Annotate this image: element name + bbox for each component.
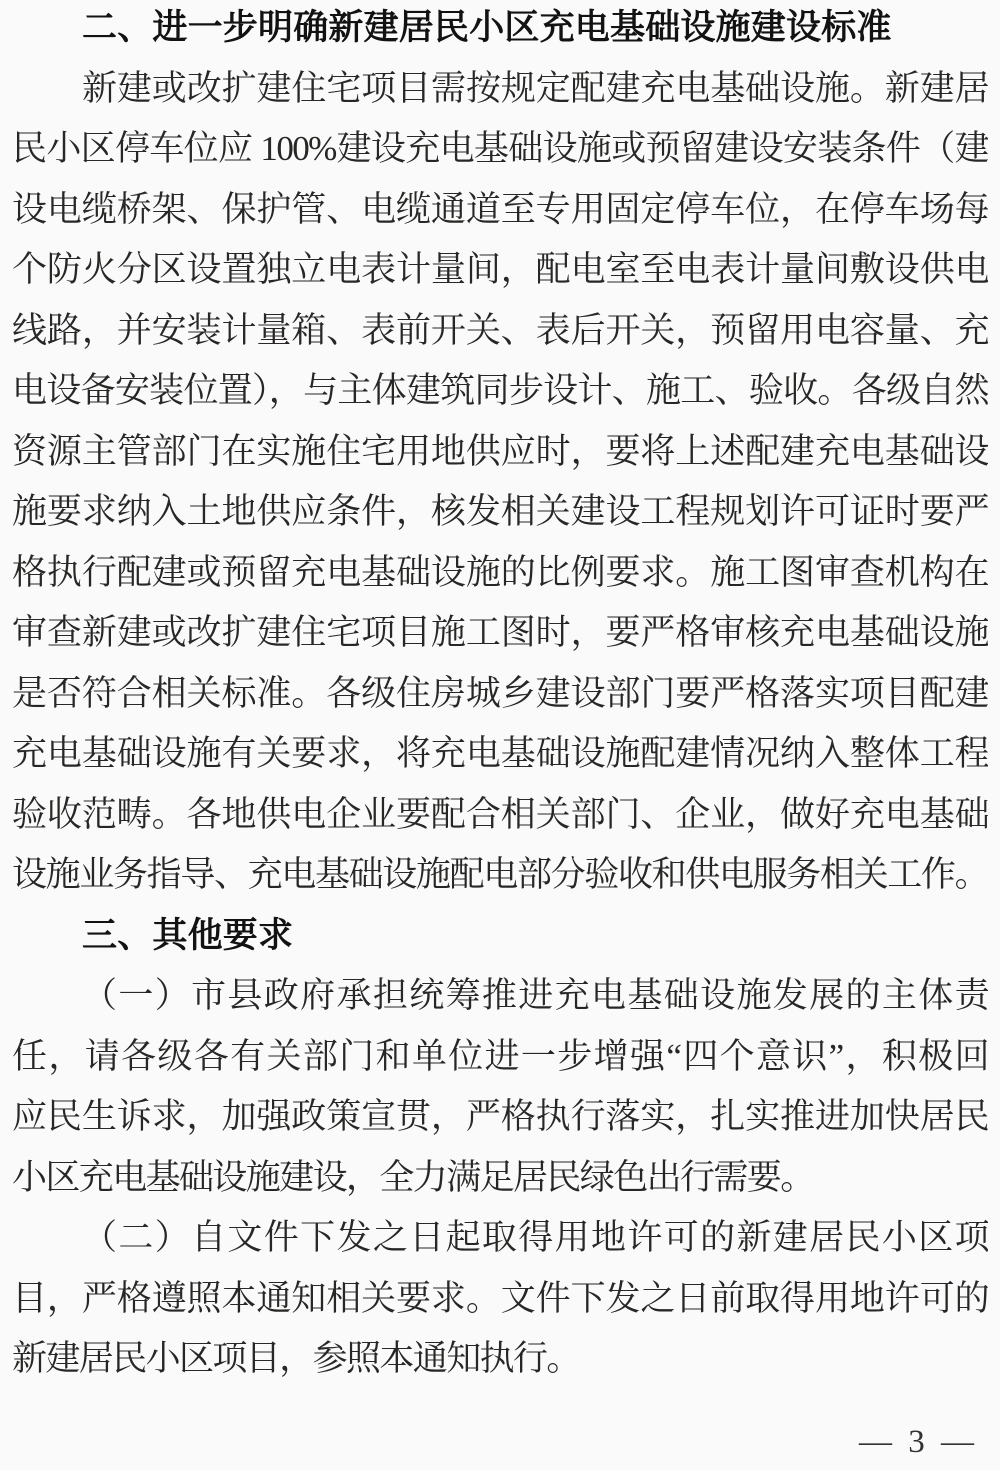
body-line: 格执行配建或预留充电基础设施的比例要求。施工图审查机构在 [12,543,988,604]
body-line: 施要求纳入土地供应条件，核发相关建设工程规划许可证时要严 [12,482,988,543]
document-body: 二、进一步明确新建居民小区充电基础设施建设标准 新建或改扩建住宅项目需按规定配建… [12,0,988,1390]
body-line: 线路，并安装计量箱、表前开关、表后开关，预留用电容量、充 [12,301,988,362]
body-line: （一）市县政府承担统筹推进充电基础设施发展的主体责 [12,966,988,1027]
section-heading-3: 三、其他要求 [12,906,988,967]
body-line: 资源主管部门在实施住宅用地供应时，要将上述配建充电基础设 [12,422,988,483]
body-line: 电设备安装位置），与主体建筑同步设计、施工、验收。各级自然 [12,361,988,422]
body-line: 应民生诉求，加强政策宣贯，严格执行落实，扎实推进加快居民 [12,1087,988,1148]
page-number: — 3 — [859,1424,978,1461]
body-line: 新建或改扩建住宅项目需按规定配建充电基础设施。新建居 [12,59,988,120]
body-line: （二）自文件下发之日起取得用地许可的新建居民小区项 [12,1208,988,1269]
body-line: 小区充电基础设施建设，全力满足居民绿色出行需要。 [12,1148,988,1209]
body-line: 设施业务指导、充电基础设施配电部分验收和供电服务相关工作。 [12,845,988,906]
body-line: 目，严格遵照本通知相关要求。文件下发之日前取得用地许可的 [12,1269,988,1330]
body-line: 是否符合相关标准。各级住房城乡建设部门要严格落实项目配建 [12,664,988,725]
body-line: 个防火分区设置独立电表计量间，配电室至电表计量间敷设供电 [12,240,988,301]
body-line: 民小区停车位应 100%建设充电基础设施或预留建设安装条件（建 [12,119,988,180]
body-line: 验收范畴。各地供电企业要配合相关部门、企业，做好充电基础 [12,785,988,846]
body-line: 设电缆桥架、保护管、电缆通道至专用固定停车位，在停车场每 [12,180,988,241]
section-heading-2: 二、进一步明确新建居民小区充电基础设施建设标准 [12,0,988,59]
body-line: 审查新建或改扩建住宅项目施工图时，要严格审核充电基础设施 [12,603,988,664]
document-page: 二、进一步明确新建居民小区充电基础设施建设标准 新建或改扩建住宅项目需按规定配建… [0,0,1000,1470]
body-line: 充电基础设施有关要求，将充电基础设施配建情况纳入整体工程 [12,724,988,785]
body-line: 任，请各级各有关部门和单位进一步增强“四个意识”，积极回 [12,1027,988,1088]
body-line: 新建居民小区项目，参照本通知执行。 [12,1329,988,1390]
